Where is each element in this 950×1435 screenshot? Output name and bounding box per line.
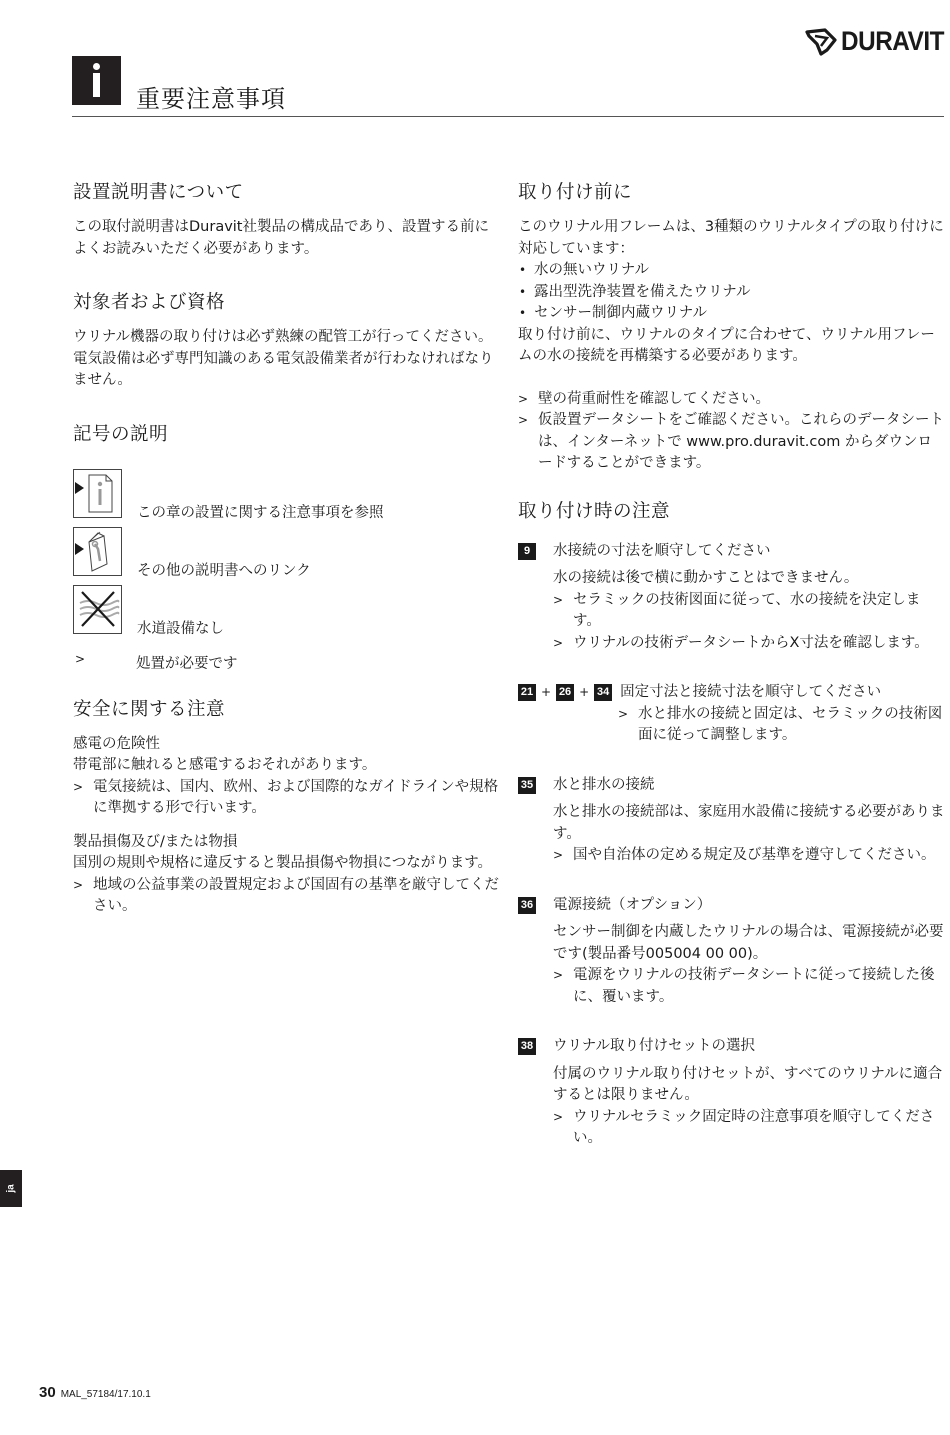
symbol-label: 水道設備なし [137, 620, 224, 638]
step-title: 固定寸法と接続寸法を順守してください [620, 682, 881, 704]
document-code: MAL_57184/17.10.1 [61, 1389, 151, 1400]
action-item: > セラミックの技術図面に従って、水の接続を決定します。 [553, 590, 946, 633]
header-divider [72, 116, 944, 117]
list-item: センサー制御内蔵ウリナル [518, 303, 946, 325]
symbol-label: その他の説明書へのリンク [137, 562, 311, 580]
page-footer: 30 MAL_57184/17.10.1 [39, 1384, 151, 1401]
duravit-logo-mark-icon [805, 26, 839, 56]
paragraph: この取付説明書はDuravit社製品の構成品であり、設置する前によくお読みいただ… [73, 217, 501, 260]
symbol-item: その他の説明書へのリンク [73, 526, 501, 576]
step-21-26-34: 21 + 26 + 34 固定寸法と接続寸法を順守してください > 水と排水の接… [518, 682, 946, 747]
figure-badge: 36 [518, 897, 536, 914]
duravit-logo: DURAVIT [805, 24, 950, 58]
section-heading: 記号の説明 [73, 420, 501, 446]
right-column: 取り付け前に このウリナル用フレームは、3種類のウリナルタイプの取り付けに対応し… [518, 178, 946, 1178]
paragraph: センサー制御を内蔵したウリナルの場合は、電源接続が必要です(製品番号005004… [553, 922, 946, 965]
symbol-label: この章の設置に関する注意事項を参照 [137, 504, 384, 522]
action-item: > 水と排水の接続と固定は、セラミックの技術図面に従って調整します。 [618, 704, 946, 747]
section-before-install: 取り付け前に このウリナル用フレームは、3種類のウリナルタイプの取り付けに対応し… [518, 178, 946, 475]
figure-badge: 9 [518, 543, 536, 560]
paragraph: 水の接続は後で横に動かすことはできません。 [553, 568, 946, 590]
step-38: 38 ウリナル取り付けセットの選択 付属のウリナル取り付けセットが、すべてのウリ… [518, 1036, 946, 1150]
action-item: > 壁の荷重耐性を確認してください。 [518, 389, 946, 411]
step-title: 水と排水の接続 [553, 775, 655, 797]
step-title: 電源接続（オプション） [553, 895, 711, 917]
action-item: > 仮設置データシートをご確認ください。これらのデータシートは、インターネットで… [518, 410, 946, 475]
section-heading: 安全に関する注意 [73, 695, 501, 721]
manual-link-icon [73, 527, 122, 576]
figure-badge: 35 [518, 777, 536, 794]
page-title: 重要注意事項 [136, 79, 286, 114]
action-legend: > 処置が必要です [73, 652, 501, 673]
language-tab: ja [0, 1170, 22, 1207]
info-icon [72, 56, 121, 105]
safety-block-damage: 製品損傷及び/または物損 国別の規則や規格に違反すると製品損傷や物損につながりま… [73, 832, 501, 918]
safety-block-electric: 感電の危険性 帯電部に触れると感電するおそれがあります。 > 電気接続は、国内、… [73, 734, 501, 820]
step-35: 35 水と排水の接続 水と排水の接続部は、家庭用水設備に接続する必要があります。… [518, 775, 946, 867]
list-item: 水の無いウリナル [518, 260, 946, 282]
symbol-item: 水道設備なし [73, 584, 501, 634]
section-heading: 対象者および資格 [73, 288, 501, 314]
section-heading: 取り付け時の注意 [518, 497, 946, 523]
paragraph: ウリナル機器の取り付けは必ず熟練の配管工が行ってください。電気設備は必ず専門知識… [73, 327, 501, 392]
action-legend-label: 処置が必要です [136, 652, 238, 673]
paragraph: 付属のウリナル取り付けセットが、すべてのウリナルに適合するとは限りません。 [553, 1064, 946, 1107]
paragraph: このウリナル用フレームは、3種類のウリナルタイプの取り付けに対応しています： [518, 217, 946, 260]
action-item: > 電源をウリナルの技術データシートに従って接続した後に、覆います。 [553, 965, 946, 1008]
step-9: 9 水接続の寸法を順守してください 水の接続は後で横に動かすことはできません。 … [518, 541, 946, 655]
section-heading: 取り付け前に [518, 178, 946, 204]
action-marker: > [73, 652, 136, 673]
logo-text: DURAVIT [841, 26, 944, 57]
figure-badge: 21 [518, 684, 536, 701]
paragraph: 帯電部に触れると感電するおそれがあります。 [73, 755, 501, 777]
language-code: ja [6, 1184, 17, 1192]
action-item: > 地域の公益事業の設置規定および国固有の基準を厳守してください。 [73, 875, 501, 918]
section-target-group: 対象者および資格 ウリナル機器の取り付けは必ず熟練の配管工が行ってください。電気… [73, 288, 501, 392]
paragraph: 取り付け前に、ウリナルのタイプに合わせて、ウリナル用フレームの水の接続を再構築す… [518, 325, 946, 368]
figure-badge: 34 [594, 684, 612, 701]
paragraph: 水と排水の接続部は、家庭用水設備に接続する必要があります。 [553, 802, 946, 845]
page-number: 30 [39, 1384, 56, 1401]
action-item: > ウリナルの技術データシートからX寸法を確認します。 [553, 633, 946, 655]
section-about-manual: 設置説明書について この取付説明書はDuravit社製品の構成品であり、設置する… [73, 178, 501, 260]
figure-badge: 26 [556, 684, 574, 701]
action-item: > ウリナルセラミック固定時の注意事項を順守してください。 [553, 1107, 946, 1150]
section-symbols: 記号の説明 この章の設置に関する注意事項を参照 [73, 420, 501, 673]
step-title: ウリナル取り付けセットの選択 [553, 1036, 755, 1058]
urinal-type-list: 水の無いウリナル 露出型洗浄装置を備えたウリナル センサー制御内蔵ウリナル [518, 260, 946, 325]
section-during-install: 取り付け時の注意 9 水接続の寸法を順守してください 水の接続は後で横に動かすこ… [518, 497, 946, 1150]
section-heading: 設置説明書について [73, 178, 501, 204]
subheading: 製品損傷及び/または物損 [73, 832, 501, 854]
no-water-supply-icon [73, 585, 122, 634]
step-36: 36 電源接続（オプション） センサー制御を内蔵したウリナルの場合は、電源接続が… [518, 895, 946, 1009]
info-document-icon [73, 469, 122, 518]
left-column: 設置説明書について この取付説明書はDuravit社製品の構成品であり、設置する… [73, 178, 501, 946]
subheading: 感電の危険性 [73, 734, 501, 756]
paragraph: 国別の規則や規格に違反すると製品損傷や物損につながります。 [73, 853, 501, 875]
symbol-item: この章の設置に関する注意事項を参照 [73, 468, 501, 518]
action-item: > 国や自治体の定める規定及び基準を遵守してください。 [553, 845, 946, 867]
figure-badge: 38 [518, 1038, 536, 1055]
section-safety: 安全に関する注意 感電の危険性 帯電部に触れると感電するおそれがあります。 > … [73, 695, 501, 918]
action-item: > 電気接続は、国内、欧州、および国際的なガイドラインや規格に準拠する形で行いま… [73, 777, 501, 820]
step-title: 水接続の寸法を順守してください [553, 541, 771, 563]
list-item: 露出型洗浄装置を備えたウリナル [518, 282, 946, 304]
